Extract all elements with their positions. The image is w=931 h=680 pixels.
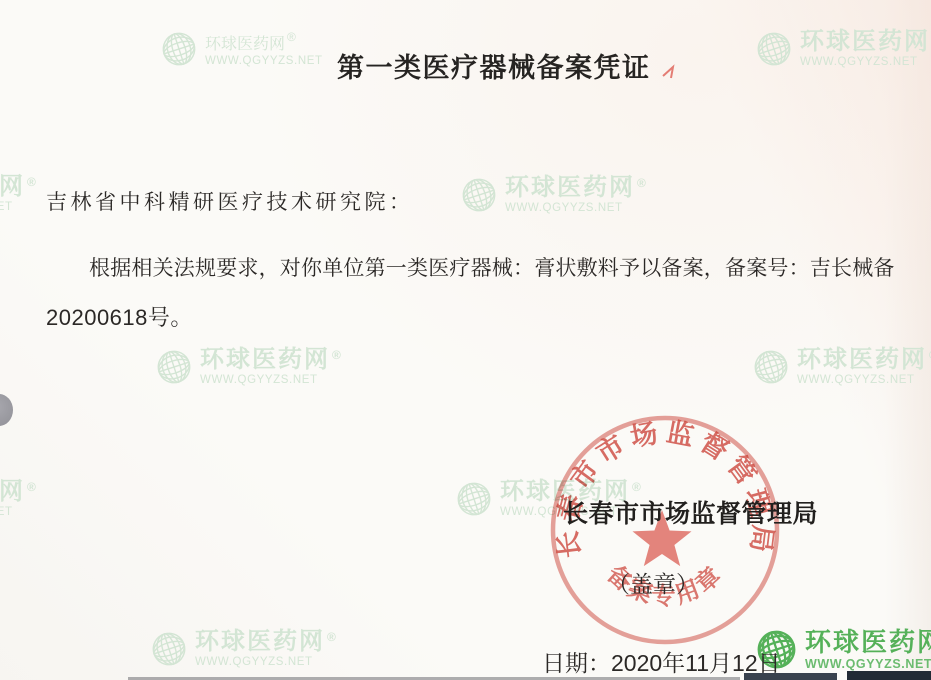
registered-mark: ®: [27, 175, 36, 189]
watermark: 环球医药网® WWW.QGYYZS.NET: [755, 30, 931, 69]
globe-icon: [155, 348, 193, 386]
watermark-brand-text: 环球医药网®: [200, 348, 341, 372]
authority-name: 长春市市场监督管理局: [563, 494, 818, 530]
watermark: 环球医药网® WWW.QGYYZS.NET: [460, 176, 646, 215]
watermark: 环球医药网® WWW.QGYYZS.NET: [752, 348, 931, 387]
watermark-url-text: WWW.QGYYZS.NET: [0, 507, 36, 519]
globe-icon: [460, 176, 498, 214]
registration-number-line: 20200618号。: [46, 301, 193, 332]
globe-icon: [752, 348, 790, 386]
scan-edge-bar: [847, 671, 931, 680]
watermark-url-text: WWW.QGYYZS.NET: [200, 375, 341, 387]
watermark-url-text: WWW.QGYYZS.NET: [195, 657, 336, 669]
watermark-brand-text: 环球医药网®: [800, 30, 931, 54]
registered-mark: ®: [327, 630, 336, 644]
watermark-brand-text: 环球医药网®: [805, 629, 931, 655]
watermark-brand-text: 环球医药网®: [195, 630, 336, 654]
registered-mark: ®: [637, 176, 646, 190]
watermark-url-text: WWW.QGYYZS.NET: [797, 375, 931, 387]
watermark-url-text: WWW.QGYYZS.NET: [205, 56, 323, 68]
watermark-url-text: WWW.QGYYZS.NET: [0, 202, 36, 214]
watermark: 环球医药网® WWW.QGYYZS.NET: [150, 630, 336, 669]
watermark-brand-text: 环球医药网®: [0, 480, 36, 504]
watermark: 环球医药网® WWW.QGYYZS.NET: [0, 480, 36, 519]
watermark-url-text: WWW.QGYYZS.NET: [805, 658, 931, 671]
scanned-certificate-page: 环球医药网® WWW.QGYYZS.NET 环球医药网® WWW.QGYYZS.…: [0, 0, 931, 680]
watermark-url-text: WWW.QGYYZS.NET: [505, 203, 646, 215]
watermark-brand-text: 环球医药网®: [797, 348, 931, 372]
watermark: 环球医药网® WWW.QGYYZS.NET: [160, 30, 323, 68]
watermark-brand-text: 环球医药网®: [205, 31, 323, 53]
registered-mark: ®: [332, 348, 341, 362]
globe-icon: [755, 30, 793, 68]
seal-note: （盖章）: [607, 566, 699, 599]
watermark-brand-text: 环球医药网®: [505, 176, 646, 200]
scan-artifact-hole: [0, 394, 13, 426]
globe-icon: [455, 480, 493, 518]
addressee-line: 吉林省中科精研医疗技术研究院：: [46, 186, 414, 216]
registered-mark: ®: [287, 30, 296, 44]
watermark-brand-text: 环球医药网®: [0, 175, 36, 199]
red-pen-mark: [660, 64, 678, 82]
registered-mark: ®: [27, 480, 36, 494]
scan-edge-bar: [744, 673, 837, 680]
watermark-url-text: WWW.QGYYZS.NET: [800, 57, 931, 69]
watermark: 环球医药网® WWW.QGYYZS.NET: [155, 348, 341, 387]
body-paragraph-line1: 根据相关法规要求，对你单位第一类医疗器械：膏状敷料予以备案，备案号：吉长械备: [89, 252, 895, 282]
watermark: 环球医药网® WWW.QGYYZS.NET: [0, 175, 36, 214]
globe-icon: [160, 30, 198, 68]
official-stamp: 长春市市场监督管理局 备案专用章: [543, 414, 787, 650]
globe-icon: [150, 630, 188, 668]
certificate-title: 第一类医疗器械备案凭证: [337, 46, 651, 85]
